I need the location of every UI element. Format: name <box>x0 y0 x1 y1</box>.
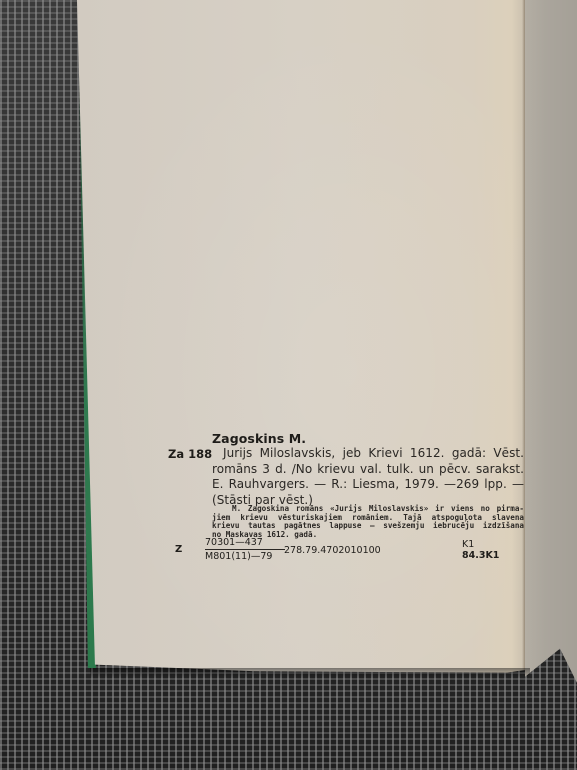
imprint-numerator: 70301—437 <box>205 537 283 548</box>
imprint-mark: Z <box>175 544 182 555</box>
description-line: romāns 3 d. /No krievu val. tulk. un pēc… <box>212 462 524 478</box>
class-mark: Za 188 <box>168 447 212 461</box>
page-bottom-shadow <box>90 668 530 678</box>
imprint-denominator: M801(11)—79 <box>205 551 283 562</box>
imprint-block: Z 70301—437 M801(11)—79 278.79.470201010… <box>168 537 524 567</box>
author-name: Zagoskins M. <box>212 431 306 446</box>
next-page-edge <box>518 0 577 705</box>
book-page <box>77 0 525 674</box>
annotation: M. Zagoskina romāns «Jurijs Miloslavskis… <box>212 505 524 539</box>
fraction-rule <box>205 549 285 550</box>
description-line: Jurijs Miloslavskis, jeb Krievi 1612. ga… <box>212 446 524 462</box>
description-line: E. Rauhvargers. — R.: Liesma, 1979. —269… <box>212 477 524 493</box>
imprint-fraction: 70301—437 M801(11)—79 <box>205 537 283 562</box>
bibliographic-description: Jurijs Miloslavskis, jeb Krievi 1612. ga… <box>212 446 524 508</box>
page-gutter-shadow <box>522 0 525 674</box>
classification-1: K1 <box>462 539 474 550</box>
classification-2: 84.3K1 <box>462 550 499 561</box>
imprint-code: 278.79.4702010100 <box>284 545 381 556</box>
